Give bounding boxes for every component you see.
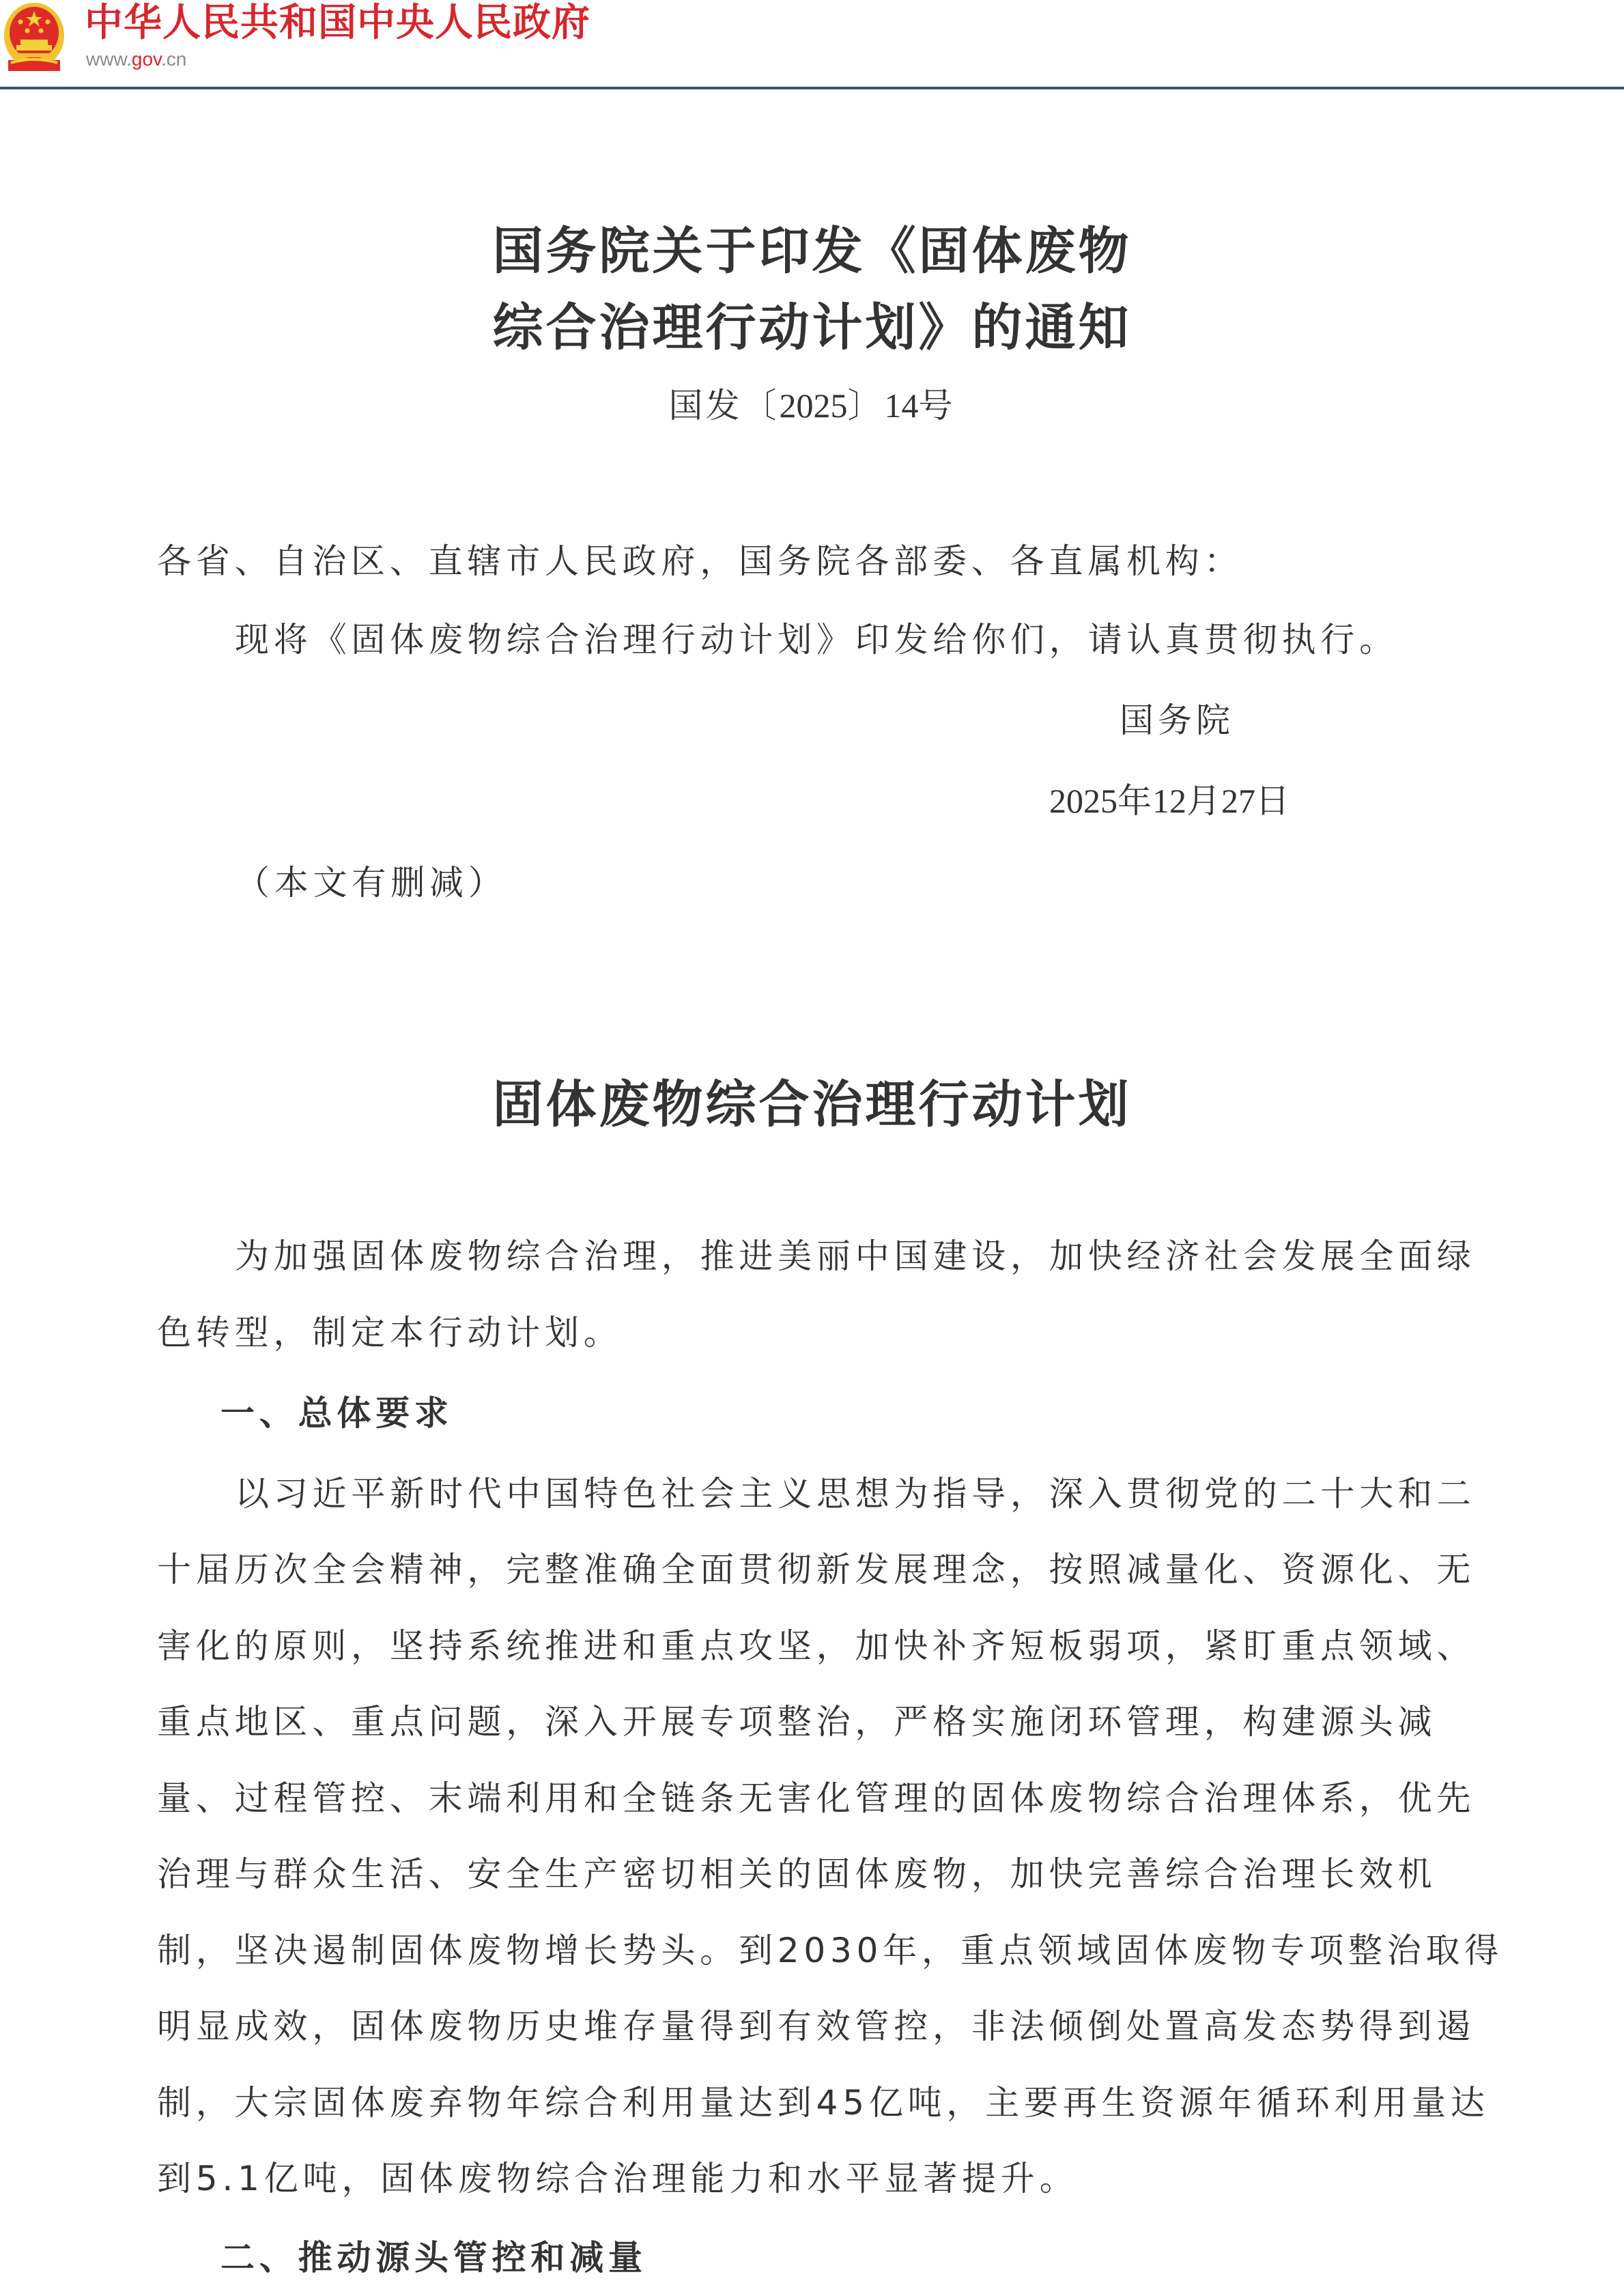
- date-year-char: 年: [1117, 781, 1152, 821]
- site-url-prefix: www.: [86, 48, 132, 70]
- document-number: 国发〔2025〕14号: [0, 378, 1624, 433]
- doc-number-bracket: 〕: [848, 386, 885, 425]
- site-header: 中华人民共和国中央人民政府 www.gov.cn: [0, 0, 1624, 87]
- site-title[interactable]: 中华人民共和国中央人民政府: [85, 1, 590, 45]
- section-1-line: 以习近平新时代中国特色社会主义思想为指导，深入贯彻党的二十大和二: [235, 1466, 1476, 1521]
- section-1-line: 制，大宗固体废弃物年综合利用量达到45亿吨，主要再生资源年循环利用量达: [157, 2075, 1490, 2130]
- notice-addressee: 各省、自治区、直辖市人民政府，国务院各部委、各直属机构：: [157, 534, 1242, 589]
- date-year: 2025: [1049, 782, 1117, 820]
- section-1-line: 到5.1亿吨，固体废物综合治理能力和水平显著提升。: [157, 2151, 1079, 2206]
- notice-title-line-1: 国务院关于印发《固体废物: [0, 217, 1624, 285]
- intro-line: 为加强固体废物综合治理，推进美丽中国建设，加快经济社会发展全面绿: [235, 1229, 1476, 1284]
- section-1-line: 量、过程管控、末端利用和全链条无害化管理的固体废物综合治理体系，优先: [157, 1771, 1475, 1826]
- site-url-gov: gov: [132, 48, 161, 70]
- doc-number-num: 14: [885, 386, 919, 425]
- intro-line: 色转型，制定本行动计划。: [157, 1305, 623, 1360]
- plan-title: 固体废物综合治理行动计划: [0, 1071, 1624, 1139]
- section-1-line: 重点地区、重点问题，深入开展专项整治，严格实施闭环管理，构建源头减: [157, 1695, 1436, 1749]
- national-emblem-icon[interactable]: [1, 1, 67, 72]
- section-1-heading: 一、总体要求: [220, 1386, 453, 1441]
- doc-number-suffix: 号: [919, 386, 956, 425]
- site-url-suffix: .cn: [161, 48, 186, 70]
- site-url[interactable]: www.gov.cn: [86, 48, 186, 71]
- section-1-line: 害化的原则，坚持系统推进和重点攻坚，加快补齐短板弱项，紧盯重点领域、: [157, 1619, 1475, 1673]
- section-1-line: 治理与群众生活、安全生产密切相关的固体废物，加快完善综合治理长效机: [157, 1847, 1436, 1901]
- date-day: 27: [1221, 782, 1255, 820]
- doc-number-year: 2025: [780, 386, 848, 425]
- date-month-char: 月: [1186, 781, 1221, 821]
- doc-number-prefix: 国发〔: [669, 386, 780, 425]
- section-1-line: 明显成效，固体废物历史堆存量得到有效管控，非法倾倒处置高发态势得到遏: [157, 1999, 1475, 2054]
- abridged-note: （本文有删减）: [236, 855, 507, 910]
- date-day-char: 日: [1255, 781, 1290, 821]
- section-1-line: 十届历次全会精神，完整准确全面贯彻新发展理念，按照减量化、资源化、无: [157, 1542, 1475, 1597]
- notice-title-line-2: 综合治理行动计划》的通知: [0, 294, 1624, 362]
- section-2-heading: 二、推动源头管控和减量: [220, 2230, 647, 2285]
- section-1-line: 制，坚决遏制固体废物增长势头。到2030年，重点领域固体废物专项整治取得: [157, 1923, 1503, 1978]
- notice-signer: 国务院: [1120, 693, 1234, 748]
- header-divider: [0, 87, 1624, 89]
- notice-date: 2025年12月27日: [1049, 774, 1290, 828]
- date-month: 12: [1152, 782, 1186, 820]
- notice-body: 现将《固体废物综合治理行动计划》印发给你们，请认真贯彻执行。: [235, 612, 1398, 667]
